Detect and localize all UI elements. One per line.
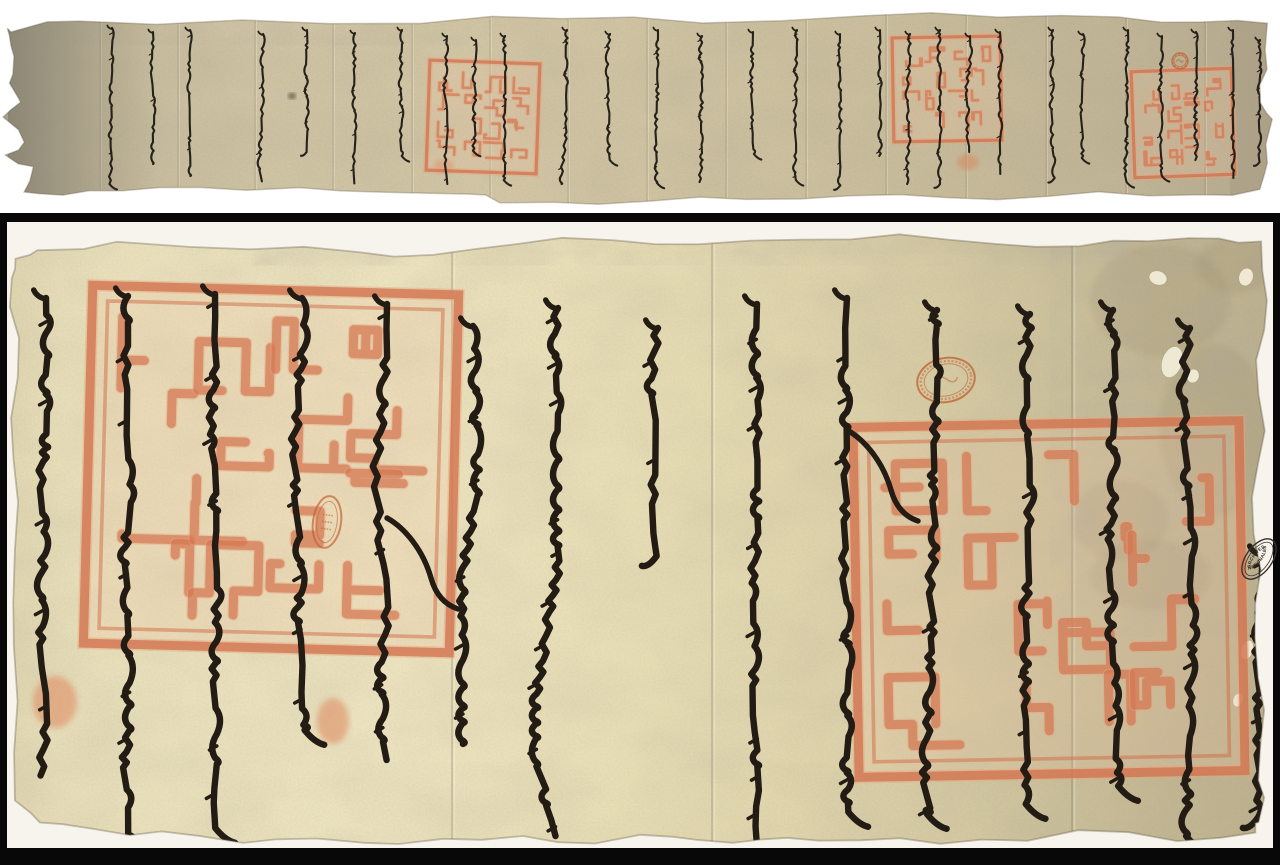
- scroll-detail-photo: [10, 234, 1273, 857]
- detail-parchment: [10, 234, 1273, 857]
- strip-parchment: [8, 14, 1274, 206]
- scan-scene: ARCHIVES NATIONALES: [0, 0, 1280, 865]
- scanned-document-page: ARCHIVES NATIONALES: [0, 0, 1280, 865]
- scroll-strip-photo: [3, 13, 1274, 206]
- imperial-red-seal: [426, 60, 540, 174]
- imperial-red-seal: [83, 285, 458, 652]
- small-round-red-stamp: [1172, 53, 1188, 69]
- imperial-red-seal: [1131, 68, 1235, 177]
